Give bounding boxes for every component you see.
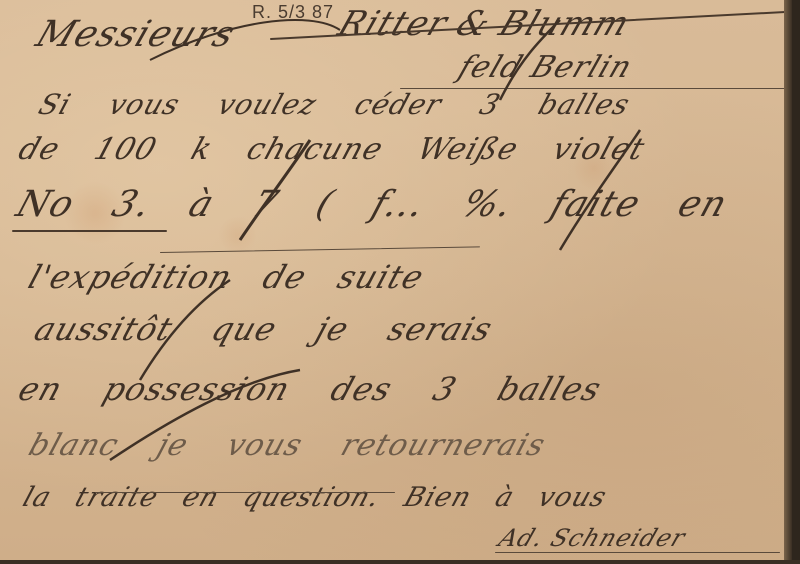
card-edge-right bbox=[784, 0, 792, 560]
postcard: R. 5/3 87 Messieurs Ritter & Blumm feld … bbox=[0, 0, 792, 560]
card-edge-bottom bbox=[0, 560, 800, 564]
pen-flourishes bbox=[0, 0, 792, 560]
